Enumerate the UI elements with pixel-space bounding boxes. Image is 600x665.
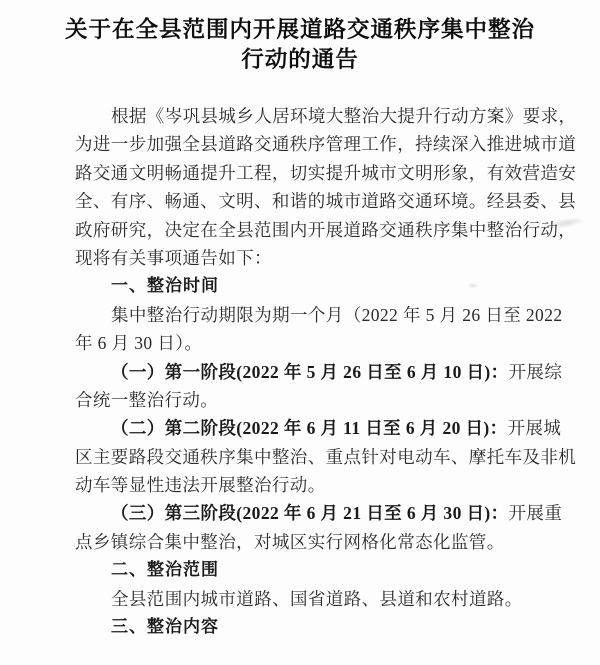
bold-text-segment: （二）第二阶段(2022 年 6 月 11 日至 6 月 20 日)：	[111, 418, 508, 438]
text-line: 合统一整治行动。	[75, 386, 527, 414]
text-line: 区主要路段交通秩序集中整治、重点针对电动车、摩托车及非机	[75, 443, 527, 471]
scanned-notice-page: 关于在全县范围内开展道路交通秩序集中整治 行动的通告 根据《岑巩县城乡人居环境大…	[0, 0, 600, 665]
text-line: 政府研究，决定在全县范围内开展道路交通秩序集中整治行动，	[75, 216, 527, 244]
bold-text-segment: 三、整治内容	[111, 617, 219, 636]
text-segment: 合统一整治行动。	[75, 390, 218, 410]
bold-text-segment: （一）第一阶段(2022 年 5 月 26 日至 6 月 10 日)：	[111, 362, 509, 382]
text-line: 全县范围内城市道路、国省道路、县道和农村道路。	[75, 585, 527, 613]
text-segment: 路交通文明畅通提升工程，切实提升城市文明形象，有效营造安	[75, 163, 576, 183]
text-segment: 根据《岑巩县城乡人居环境大整治大提升行动方案》要求，	[111, 106, 576, 126]
text-segment: 全、有序、畅通、文明、和谐的城市道路交通环境。经县委、县	[75, 191, 576, 211]
text-line: 路交通文明畅通提升工程，切实提升城市文明形象，有效营造安	[75, 159, 527, 187]
text-line: 为进一步加强全县道路交通秩序管理工作，持续深入推进城市道	[75, 130, 527, 158]
section-heading: 三、整治内容	[75, 613, 527, 641]
title-line-1: 关于在全县范围内开展道路交通秩序集中整治	[0, 15, 600, 45]
text-line: 全、有序、畅通、文明、和谐的城市道路交通环境。经县委、县	[75, 187, 527, 215]
text-segment: 动车等显性违法开展整治行动。	[75, 475, 326, 495]
text-line: 动车等显性违法开展整治行动。	[75, 471, 527, 499]
text-line: 根据《岑巩县城乡人居环境大整治大提升行动方案》要求，	[75, 102, 527, 130]
section-heading: 二、整治范围	[75, 556, 527, 584]
text-line: （二）第二阶段(2022 年 6 月 11 日至 6 月 20 日)：开展城	[75, 414, 527, 442]
bold-text-segment: 二、整治范围	[111, 560, 219, 579]
title-line-2: 行动的通告	[0, 45, 600, 75]
text-segment: 政府研究，决定在全县范围内开展道路交通秩序集中整治行动，	[75, 220, 576, 240]
text-segment: 开展综	[509, 362, 563, 382]
text-segment: 区主要路段交通秩序集中整治、重点针对电动车、摩托车及非机	[75, 447, 576, 467]
text-segment: 点乡镇综合集中整治，对城区实行网格化常态化监管。	[75, 532, 505, 552]
text-segment: 开展重	[509, 503, 563, 523]
bold-text-segment: 一、整治时间	[111, 276, 219, 295]
text-segment: 现将有关事项通告如下：	[75, 248, 272, 268]
text-line: （三）第三阶段(2022 年 6 月 21 日至 6 月 30 日)：开展重	[75, 499, 527, 527]
text-line: （一）第一阶段(2022 年 5 月 26 日至 6 月 10 日)：开展综	[75, 358, 527, 386]
document-title: 关于在全县范围内开展道路交通秩序集中整治 行动的通告	[0, 0, 600, 75]
text-segment: 全县范围内城市道路、国省道路、县道和农村道路。	[111, 589, 523, 609]
text-line: 年 6 月 30 日）。	[75, 329, 527, 357]
document-body: 根据《岑巩县城乡人居环境大整治大提升行动方案》要求，为进一步加强全县道路交通秩序…	[75, 102, 527, 641]
text-line: 点乡镇综合集中整治，对城区实行网格化常态化监管。	[75, 528, 527, 556]
text-segment: 年 6 月 30 日）。	[75, 333, 202, 353]
text-segment: 集中整治行动期限为期一个月（2022 年 5 月 26 日至 2022	[111, 305, 563, 325]
text-line: 现将有关事项通告如下：	[75, 244, 527, 272]
text-line: 集中整治行动期限为期一个月（2022 年 5 月 26 日至 2022	[75, 301, 527, 329]
bold-text-segment: （三）第三阶段(2022 年 6 月 21 日至 6 月 30 日)：	[111, 503, 509, 523]
text-segment: 为进一步加强全县道路交通秩序管理工作，持续深入推进城市道	[75, 134, 576, 154]
section-heading: 一、整治时间	[75, 272, 527, 300]
text-segment: 开展城	[508, 418, 562, 438]
